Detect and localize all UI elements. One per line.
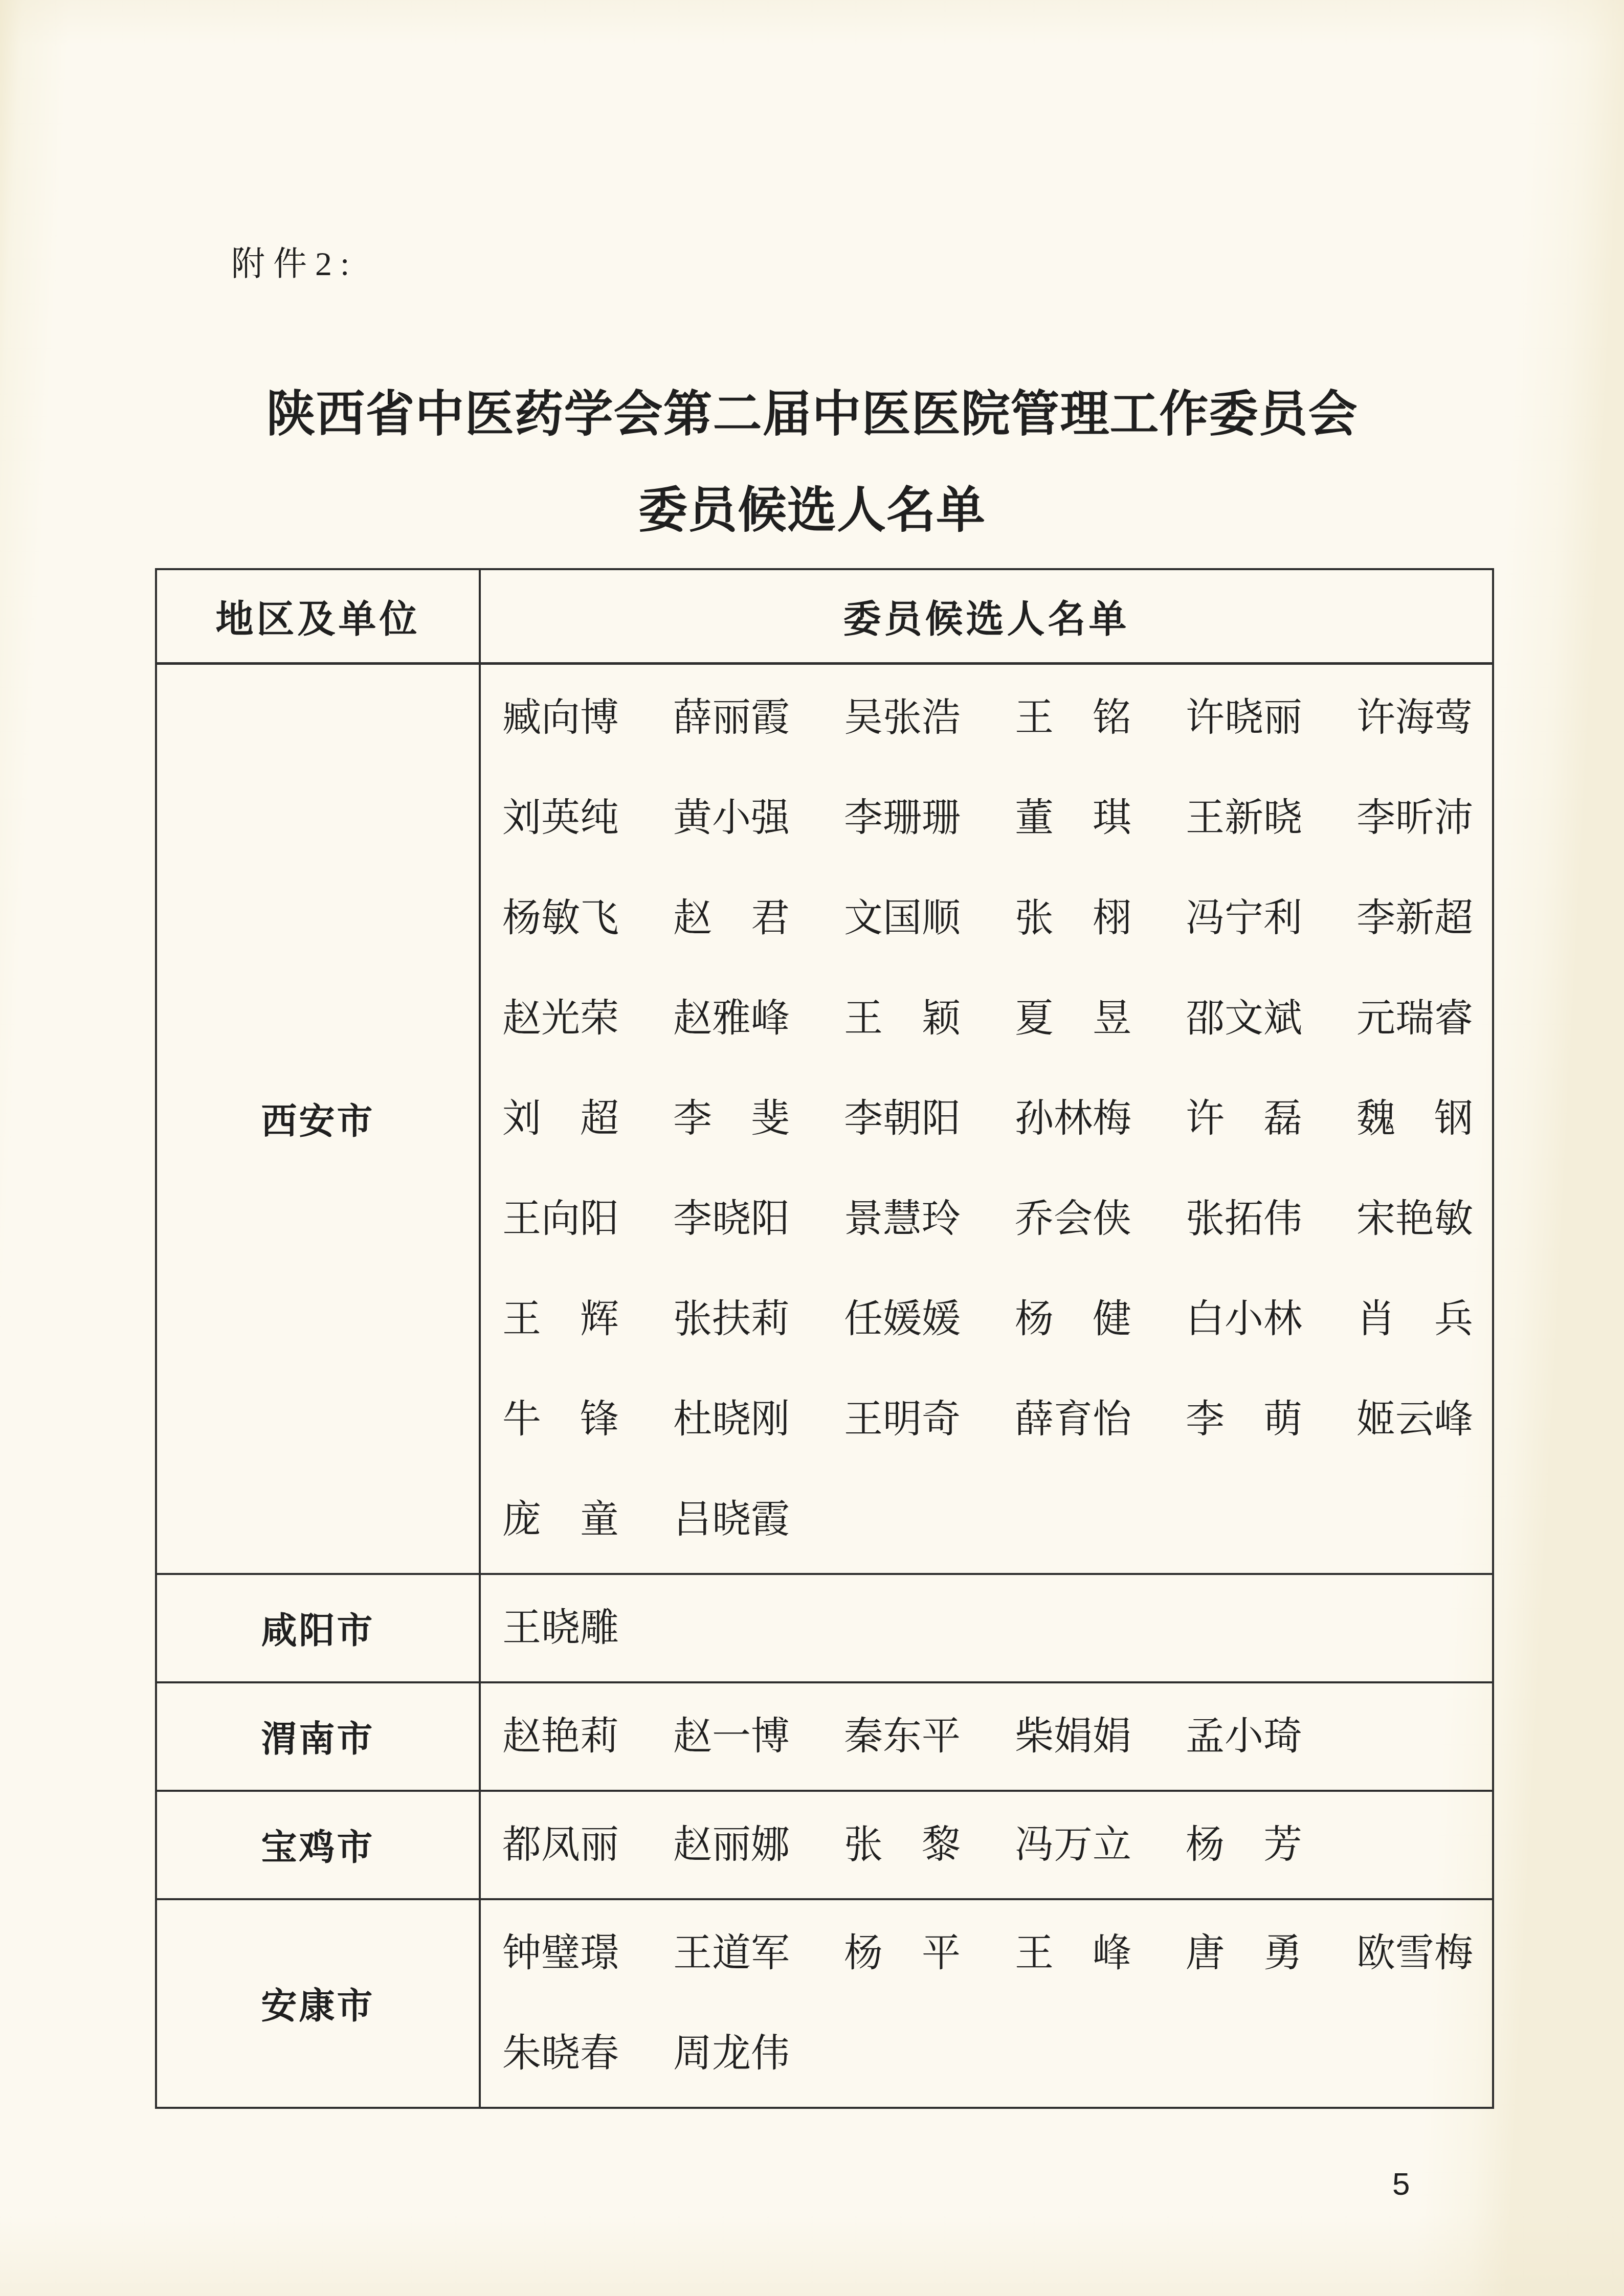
candidate-name: 李晓阳 <box>673 1200 790 1239</box>
candidate-name: 刘超 <box>502 1099 619 1138</box>
candidate-name: 乔会侠 <box>1015 1200 1131 1239</box>
name-line: 王向阳李晓阳景慧玲乔会侠张拓伟宋艳敏 <box>502 1169 1477 1269</box>
name-line: 王辉张扶莉任媛媛杨健白小林肖兵 <box>502 1269 1477 1369</box>
document-title-line2: 委员候选人名单 <box>0 471 1624 541</box>
candidate-name: 刘英纯 <box>502 799 619 838</box>
candidate-name: 周龙伟 <box>673 2034 790 2073</box>
candidate-name: 张扶莉 <box>673 1300 790 1339</box>
candidate-name: 杨平 <box>844 1934 961 1973</box>
candidate-name: 白小林 <box>1186 1300 1302 1339</box>
names-cell: 赵艳莉赵一博秦东平柴娟娟孟小琦 <box>480 1682 1493 1791</box>
candidate-name: 钟璧璟 <box>502 1934 619 1973</box>
name-line: 牛锋杜晓刚王明奇薛育怡李萌姬云峰 <box>502 1369 1477 1470</box>
candidate-name: 李斐 <box>673 1099 790 1138</box>
candidate-name: 黄小强 <box>673 799 790 838</box>
table-row: 安康市钟璧璟王道军杨平王峰唐勇欧雪梅朱晓春周龙伟 <box>156 1899 1493 2108</box>
candidate-name: 冯宁利 <box>1186 899 1302 938</box>
table-row: 宝鸡市都凤丽赵丽娜张黎冯万立杨芳 <box>156 1791 1493 1899</box>
attachment-label: 附件2: <box>231 236 358 285</box>
candidate-name: 孟小琦 <box>1186 1717 1302 1756</box>
candidate-name: 王铭 <box>1015 699 1131 737</box>
candidate-name: 吴张浩 <box>844 699 961 737</box>
candidate-name: 唐勇 <box>1186 1934 1302 1973</box>
candidate-name: 赵丽娜 <box>673 1826 790 1864</box>
candidate-name: 薛丽霞 <box>673 699 790 737</box>
candidate-name: 杨敏飞 <box>502 899 619 938</box>
document-page: 附件2: 陕西省中医药学会第二届中医医院管理工作委员会 委员候选人名单 地区及单… <box>0 0 1624 2296</box>
candidate-name: 王颖 <box>844 999 961 1038</box>
names-cell: 都凤丽赵丽娜张黎冯万立杨芳 <box>480 1791 1493 1899</box>
candidate-name: 王明奇 <box>844 1400 961 1439</box>
candidate-name: 张黎 <box>844 1826 961 1864</box>
page-number: 5 <box>1392 2166 1410 2202</box>
candidate-name: 冯万立 <box>1015 1826 1131 1864</box>
candidate-name: 赵一博 <box>673 1717 790 1756</box>
candidate-name: 许磊 <box>1186 1099 1302 1138</box>
candidate-table-body: 西安市臧向博薛丽霞吴张浩王铭许晓丽许海莺刘英纯黄小强李珊珊董琪王新晓李昕沛杨敏飞… <box>156 663 1493 2108</box>
candidate-name: 文国顺 <box>844 899 961 938</box>
candidate-name: 孙林梅 <box>1015 1099 1131 1138</box>
name-line: 刘英纯黄小强李珊珊董琪王新晓李昕沛 <box>502 768 1477 868</box>
region-cell: 安康市 <box>156 1899 480 2108</box>
candidate-name: 魏钢 <box>1356 1099 1473 1138</box>
candidate-name: 董琪 <box>1015 799 1131 838</box>
candidate-name: 都凤丽 <box>502 1826 619 1864</box>
candidate-name: 杨芳 <box>1186 1826 1302 1864</box>
name-line: 赵光荣赵雅峰王颖夏昱邵文斌元瑞睿 <box>502 969 1477 1069</box>
name-line: 赵艳莉赵一博秦东平柴娟娟孟小琦 <box>502 1686 1477 1787</box>
column-header-region: 地区及单位 <box>156 569 480 663</box>
name-line: 臧向博薛丽霞吴张浩王铭许晓丽许海莺 <box>502 668 1477 768</box>
candidate-name: 张栩 <box>1015 899 1131 938</box>
name-line: 朱晓春周龙伟 <box>502 2004 1477 2104</box>
candidate-name: 李珊珊 <box>844 799 961 838</box>
name-line: 钟璧璟王道军杨平王峰唐勇欧雪梅 <box>502 1903 1477 2004</box>
candidate-name: 王晓雕 <box>502 1609 619 1648</box>
candidate-name: 元瑞睿 <box>1356 999 1473 1038</box>
table-row: 西安市臧向博薛丽霞吴张浩王铭许晓丽许海莺刘英纯黄小强李珊珊董琪王新晓李昕沛杨敏飞… <box>156 663 1493 1574</box>
table-header-row: 地区及单位 委员候选人名单 <box>156 569 1493 663</box>
candidate-name: 肖兵 <box>1356 1300 1473 1339</box>
candidate-name: 王峰 <box>1015 1934 1131 1973</box>
names-cell: 臧向博薛丽霞吴张浩王铭许晓丽许海莺刘英纯黄小强李珊珊董琪王新晓李昕沛杨敏飞赵君文… <box>480 663 1493 1574</box>
candidate-name: 赵艳莉 <box>502 1717 619 1756</box>
candidate-name: 赵君 <box>673 899 790 938</box>
candidate-name: 朱晓春 <box>502 2034 619 2073</box>
candidate-name: 王向阳 <box>502 1200 619 1239</box>
name-line: 都凤丽赵丽娜张黎冯万立杨芳 <box>502 1795 1477 1895</box>
name-line: 杨敏飞赵君文国顺张栩冯宁利李新超 <box>502 868 1477 969</box>
candidate-name: 夏昱 <box>1015 999 1131 1038</box>
names-cell: 钟璧璟王道军杨平王峰唐勇欧雪梅朱晓春周龙伟 <box>480 1899 1493 2108</box>
candidate-name: 赵雅峰 <box>673 999 790 1038</box>
candidate-name: 景慧玲 <box>844 1200 961 1239</box>
candidate-name: 李朝阳 <box>844 1099 961 1138</box>
candidate-name: 杜晓刚 <box>673 1400 790 1439</box>
candidate-name: 王辉 <box>502 1300 619 1339</box>
candidate-name: 许海莺 <box>1356 699 1473 737</box>
candidate-name: 庞童 <box>502 1500 619 1539</box>
candidate-name: 赵光荣 <box>502 999 619 1038</box>
candidate-name: 邵文斌 <box>1186 999 1302 1038</box>
candidate-name: 任媛媛 <box>844 1300 961 1339</box>
names-cell: 王晓雕 <box>480 1574 1493 1682</box>
candidate-name: 牛锋 <box>502 1400 619 1439</box>
candidate-name: 姬云峰 <box>1356 1400 1473 1439</box>
region-cell: 宝鸡市 <box>156 1791 480 1899</box>
candidate-name: 许晓丽 <box>1186 699 1302 737</box>
column-header-candidates: 委员候选人名单 <box>480 569 1493 663</box>
candidate-name: 李昕沛 <box>1356 799 1473 838</box>
candidate-name: 吕晓霞 <box>673 1500 790 1539</box>
candidate-name: 王道军 <box>673 1934 790 1973</box>
candidate-table: 地区及单位 委员候选人名单 西安市臧向博薛丽霞吴张浩王铭许晓丽许海莺刘英纯黄小强… <box>155 568 1494 2109</box>
name-line: 刘超李斐李朝阳孙林梅许磊魏钢 <box>502 1069 1477 1169</box>
candidate-name: 李新超 <box>1356 899 1473 938</box>
candidate-name: 薛育怡 <box>1015 1400 1131 1439</box>
candidate-name: 臧向博 <box>502 699 619 737</box>
name-line: 王晓雕 <box>502 1578 1477 1678</box>
candidate-name: 柴娟娟 <box>1015 1717 1131 1756</box>
candidate-name: 杨健 <box>1015 1300 1131 1339</box>
table-row: 咸阳市王晓雕 <box>156 1574 1493 1682</box>
candidate-name: 秦东平 <box>844 1717 961 1756</box>
document-title-line1: 陕西省中医药学会第二届中医医院管理工作委员会 <box>0 375 1624 445</box>
region-cell: 西安市 <box>156 663 480 1574</box>
table-row: 渭南市赵艳莉赵一博秦东平柴娟娟孟小琦 <box>156 1682 1493 1791</box>
candidate-name: 张拓伟 <box>1186 1200 1302 1239</box>
candidate-name: 李萌 <box>1186 1400 1302 1439</box>
region-cell: 咸阳市 <box>156 1574 480 1682</box>
candidate-name: 王新晓 <box>1186 799 1302 838</box>
name-line: 庞童吕晓霞 <box>502 1470 1477 1570</box>
region-cell: 渭南市 <box>156 1682 480 1791</box>
candidate-name: 宋艳敏 <box>1356 1200 1473 1239</box>
candidate-name: 欧雪梅 <box>1356 1934 1473 1973</box>
